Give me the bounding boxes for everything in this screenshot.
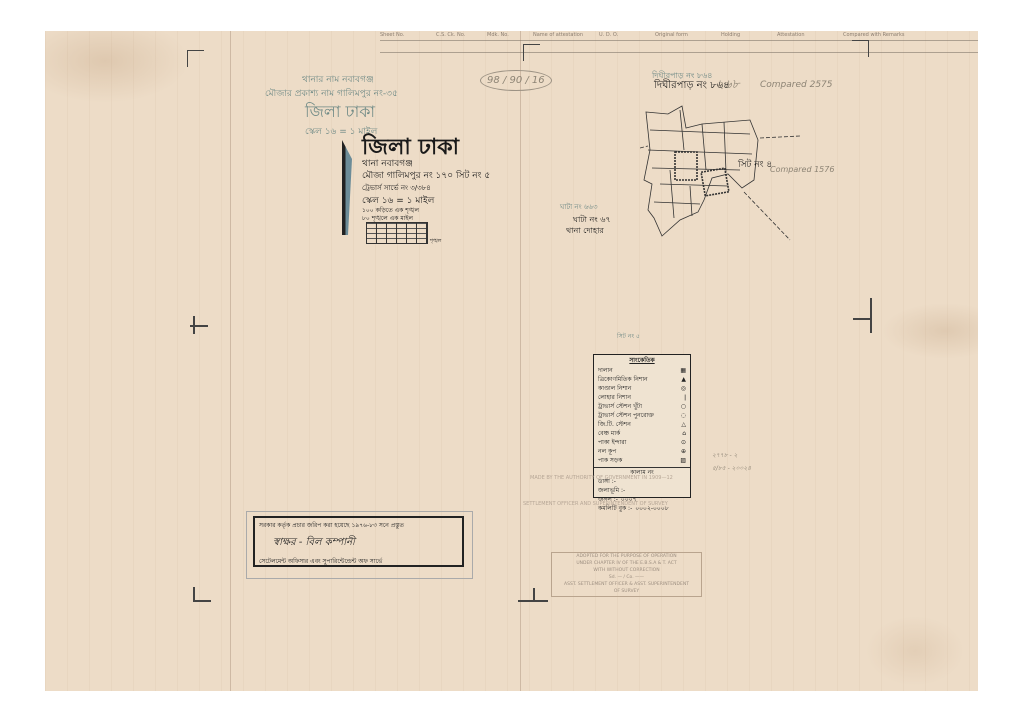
- legend-item: লোহার নিশানǀ: [594, 393, 690, 402]
- table-header: Name of attestation: [533, 32, 593, 38]
- east-neighbor-label: সিট নং ৪: [738, 157, 772, 172]
- legend-item: দালান▦: [594, 366, 690, 375]
- legend-item: ত্রিকোণমিতিক নিশান▲: [594, 375, 690, 384]
- annotation-sheet-number: ২৬৮: [716, 76, 739, 96]
- fold-line: [520, 31, 521, 691]
- legend-item: জি.টি. স্টেশন△: [594, 420, 690, 429]
- registration-mark: [533, 588, 535, 601]
- table-header: Holding: [721, 32, 771, 38]
- well-icon: ⊙: [681, 438, 686, 447]
- annotation-right-mid: Compared 1576: [770, 165, 834, 174]
- table-header: Mdk. No.: [487, 32, 527, 38]
- registration-mark: [853, 318, 871, 320]
- registration-mark: [193, 600, 211, 602]
- traverse-station-icon: ○: [681, 402, 686, 411]
- fold-line: [230, 31, 231, 691]
- cadastral-map-sheet: [45, 31, 978, 691]
- scale-bar-label: শৃঙ্খল: [430, 238, 441, 246]
- scale-bar: [366, 222, 428, 244]
- table-header: C.S. Ck. No.: [436, 32, 481, 38]
- annotation-top-circle: 98 / 90 / 16: [480, 70, 552, 91]
- bench-mark-icon: ⌂: [682, 429, 686, 438]
- area-row: জলাভূমি :-: [594, 486, 690, 495]
- legend-item: বেঞ্চ মার্ক⌂: [594, 429, 690, 438]
- legend-item: ট্রাভার্স স্টেশন খুঁটা○: [594, 402, 690, 411]
- legend-item: কাণ্ডাল নিশান◎: [594, 384, 690, 393]
- registration-mark: [852, 40, 869, 57]
- registration-mark: [187, 50, 204, 67]
- legend-item: ট্রাভার্স স্টেশন পুনরোক্ত◌: [594, 411, 690, 420]
- traverse-station-repeat-icon: ◌: [681, 411, 686, 420]
- paved-road-icon: ▨: [680, 456, 686, 465]
- registration-mark: [193, 587, 195, 601]
- annotation-right-top: Compared 2575: [760, 80, 833, 90]
- tube-well-icon: ⊕: [681, 447, 686, 456]
- registration-mark: [870, 298, 872, 333]
- mouza-name: মৌজা গালিমপুর নং ১৭০ সিট নং ৫: [362, 168, 490, 183]
- flag-mark-icon: ◎: [681, 384, 686, 393]
- faint-thana-line: থানার নাম নবাবগঞ্জ: [302, 72, 374, 87]
- table-headers: Sheet No. C.S. Ck. No. Mdk. No. Name of …: [380, 31, 978, 38]
- faint-officer-line: SETTLEMENT OFFICER AND SUPERINTENDENT OF…: [523, 501, 668, 507]
- adoption-stamp: ADOPTED FOR THE PURPOSE OF OPERATION UND…: [551, 552, 702, 597]
- legend-item: নল কূপ⊕: [594, 447, 690, 456]
- table-header: Sheet No.: [380, 32, 430, 38]
- certificate-line-3: সেটেলমেন্ট অফিসার এবং সুপারিন্টেন্ডেন্ট …: [255, 554, 462, 569]
- registration-mark: [523, 44, 540, 61]
- legend-item: পাক সড়ক▨: [594, 456, 690, 465]
- faint-district: জিলা ঢাকা: [305, 99, 375, 126]
- annotation-right-low-2: ৫/৮৫ - ২০০২৪: [712, 463, 751, 474]
- west-thana-label: থানা দোহার: [566, 225, 604, 238]
- triangulation-icon: ▲: [681, 375, 686, 384]
- annotation-right-low-1: ২৭৭৮ - ২: [712, 450, 737, 461]
- faint-authority-line: MADE BY THE AUTHORITY OF GOVERNMENT IN 1…: [530, 475, 673, 481]
- table-header: Compared with Remarks: [843, 32, 923, 38]
- west-neighbor-faint: ঘাটা নং ৬৬৩: [560, 201, 598, 213]
- table-header: U. D. O.: [599, 32, 649, 38]
- certificate-box: সরকার কর্তৃক প্রচার জরিপ করা হয়েছে ১৯৭৬…: [253, 516, 464, 567]
- building-icon: ▦: [680, 366, 686, 375]
- iron-mark-icon: ǀ: [684, 393, 686, 402]
- table-header: Original form: [655, 32, 715, 38]
- legend-item: পাকা ইন্দারা⊙: [594, 438, 690, 447]
- table-header: Attestation: [777, 32, 837, 38]
- certificate-line-1: সরকার কর্তৃক প্রচার জরিপ করা হয়েছে ১৯৭৬…: [255, 518, 462, 533]
- legend-title: সাংকেতিক: [594, 355, 690, 366]
- gt-station-icon: △: [681, 420, 686, 429]
- certificate-signature: স্বাক্ষর - বিল কম্পানী: [255, 533, 462, 554]
- sheet-number-label: সিট নং ৫: [617, 331, 640, 342]
- attestation-table-strip: Sheet No. C.S. Ck. No. Mdk. No. Name of …: [380, 31, 978, 55]
- registration-mark: [193, 316, 195, 334]
